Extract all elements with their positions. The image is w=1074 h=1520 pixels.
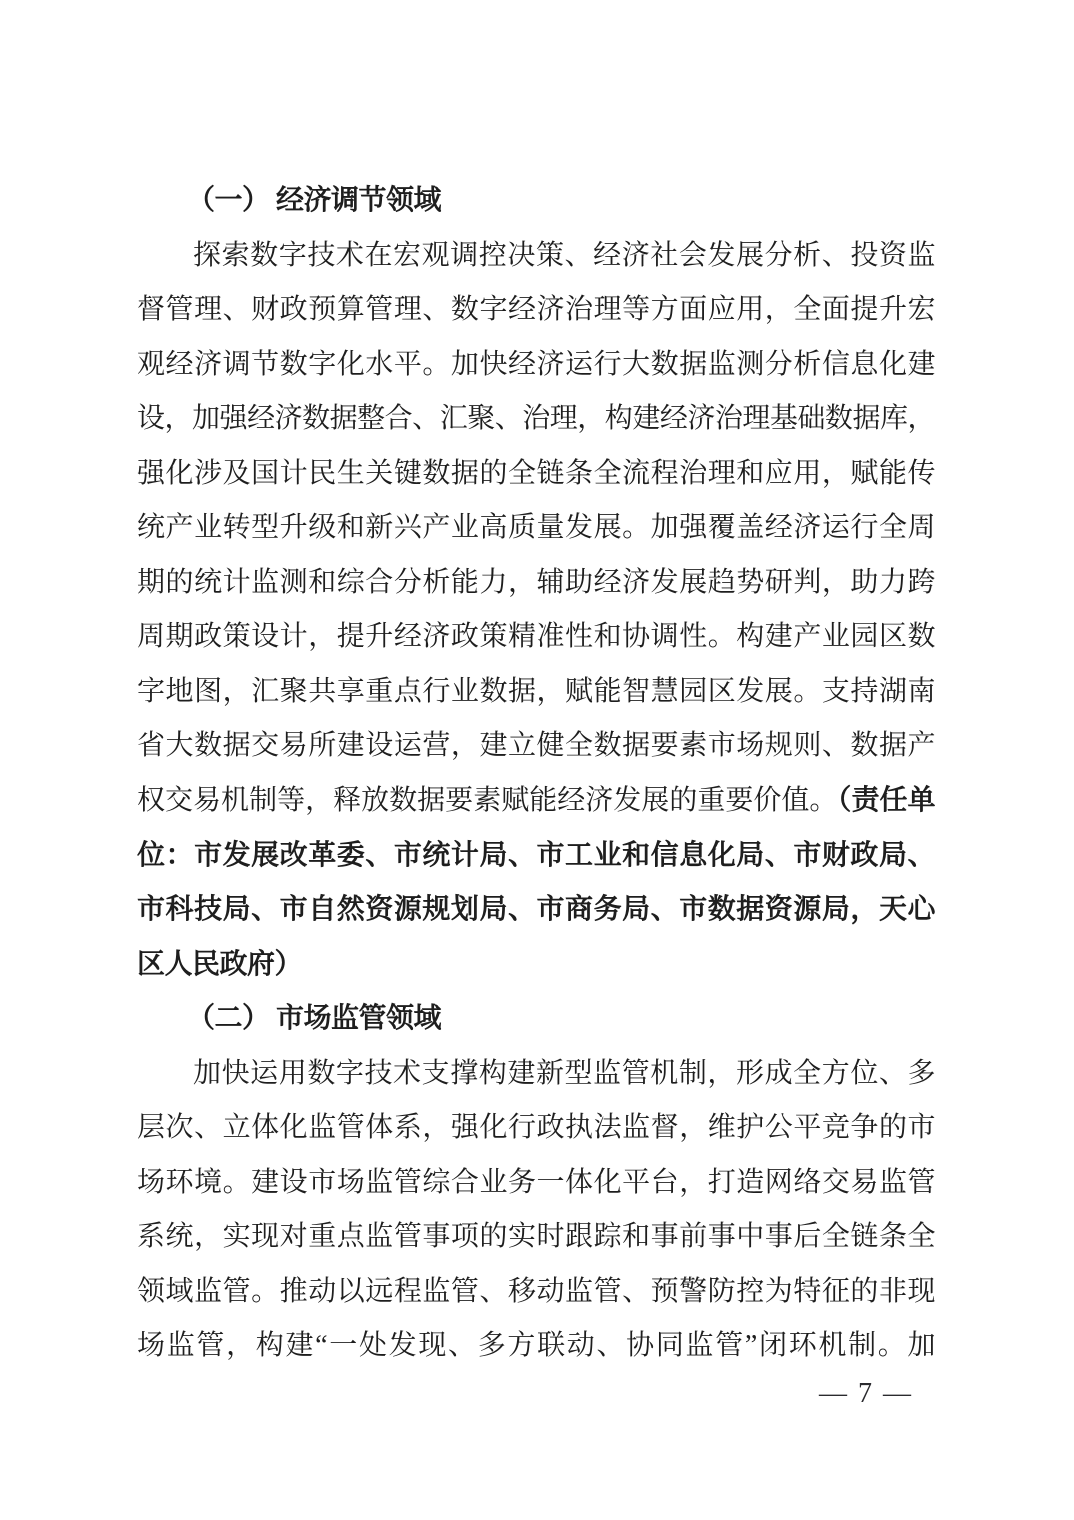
text-line: 系统，实现对重点监管事项的实时跟踪和事前事中事后全链条全: [137, 1210, 935, 1265]
text-line: 督管理、财政预算管理、数字经济治理等方面应用，全面提升宏: [137, 283, 935, 338]
text-line: 设，加强经济数据整合、汇聚、治理，构建经济治理基础数据库，: [137, 392, 935, 447]
text-line: 探索数字技术在宏观调控决策、经济社会发展分析、投资监: [137, 229, 935, 284]
text-line: 领域监管。推动以远程监管、移动监管、预警防控为特征的非现: [137, 1265, 935, 1320]
text-line: 期的统计监测和综合分析能力，辅助经济发展趋势研判，助力跨: [137, 556, 935, 611]
document-lines: （一） 经济调节领域探索数字技术在宏观调控决策、经济社会发展分析、投资监督管理、…: [137, 174, 935, 1374]
body-text: 强化涉及国计民生关键数据的全链条全流程治理和应用，赋能传: [137, 458, 935, 489]
document-page: （一） 经济调节领域探索数字技术在宏观调控决策、经济社会发展分析、投资监督管理、…: [0, 0, 1074, 1520]
body-text: 领域监管。推动以远程监管、移动监管、预警防控为特征的非现: [137, 1276, 935, 1307]
body-text: 场监管，构建“一处发现、多方联动、协同监管”闭环机制。加: [137, 1330, 935, 1361]
text-line: 层次、立体化监管体系，强化行政执法监督，维护公平竞争的市: [137, 1101, 935, 1156]
emphasis-text: （责任单: [837, 785, 935, 816]
body-text: 系统，实现对重点监管事项的实时跟踪和事前事中事后全链条全: [137, 1221, 935, 1252]
text-line: 位：市发展改革委、市统计局、市工业和信息化局、市财政局、: [137, 829, 935, 884]
text-line: 统产业转型升级和新兴产业高质量发展。加强覆盖经济运行全周: [137, 501, 935, 556]
text-line: 权交易机制等，释放数据要素赋能经济发展的重要价值。（责任单: [137, 774, 935, 829]
section-heading: （一） 经济调节领域: [137, 174, 935, 229]
emphasis-text: 市科技局、市自然资源规划局、市商务局、市数据资源局，天心: [137, 894, 935, 925]
text-line: 市科技局、市自然资源规划局、市商务局、市数据资源局，天心: [137, 883, 935, 938]
body-text: 督管理、财政预算管理、数字经济治理等方面应用，全面提升宏: [137, 294, 935, 325]
body-text: 层次、立体化监管体系，强化行政执法监督，维护公平竞争的市: [137, 1112, 935, 1143]
text-line: 场环境。建设市场监管综合业务一体化平台，打造网络交易监管: [137, 1156, 935, 1211]
body-text: 设，加强经济数据整合、汇聚、治理，构建经济治理基础数据库，: [137, 403, 935, 434]
body-text: 权交易机制等，释放数据要素赋能经济发展的重要价值。: [137, 785, 837, 816]
emphasis-text: 位：市发展改革委、市统计局、市工业和信息化局、市财政局、: [137, 840, 935, 871]
body-text: 观经济调节数字化水平。加快经济运行大数据监测分析信息化建: [137, 349, 935, 380]
body-text: 加快运用数字技术支撑构建新型监管机制，形成全方位、多: [193, 1058, 935, 1089]
body-text: 探索数字技术在宏观调控决策、经济社会发展分析、投资监: [193, 240, 935, 271]
section-heading: （二） 市场监管领域: [137, 992, 935, 1047]
emphasis-text: （二） 市场监管领域: [187, 1003, 441, 1034]
text-line: 强化涉及国计民生关键数据的全链条全流程治理和应用，赋能传: [137, 447, 935, 502]
body-text: 省大数据交易所建设运营，建立健全数据要素市场规则、数据产: [137, 730, 935, 761]
body-text: 场环境。建设市场监管综合业务一体化平台，打造网络交易监管: [137, 1167, 935, 1198]
body-text: 字地图，汇聚共享重点行业数据，赋能智慧园区发展。支持湖南: [137, 676, 935, 707]
text-line: 场监管，构建“一处发现、多方联动、协同监管”闭环机制。加: [137, 1319, 935, 1374]
text-line: 区人民政府）: [137, 938, 935, 993]
page-footer: — 7 —: [819, 1374, 913, 1414]
text-line: 加快运用数字技术支撑构建新型监管机制，形成全方位、多: [137, 1047, 935, 1102]
body-text: 周期政策设计，提升经济政策精准性和协调性。构建产业园区数: [137, 621, 935, 652]
text-line: 省大数据交易所建设运营，建立健全数据要素市场规则、数据产: [137, 719, 935, 774]
text-line: 字地图，汇聚共享重点行业数据，赋能智慧园区发展。支持湖南: [137, 665, 935, 720]
body-text: 统产业转型升级和新兴产业高质量发展。加强覆盖经济运行全周: [137, 512, 935, 543]
text-line: 周期政策设计，提升经济政策精准性和协调性。构建产业园区数: [137, 610, 935, 665]
page-number: — 7 —: [819, 1378, 913, 1409]
emphasis-text: （一） 经济调节领域: [187, 185, 441, 216]
body-text: 期的统计监测和综合分析能力，辅助经济发展趋势研判，助力跨: [137, 567, 935, 598]
emphasis-text: 区人民政府）: [137, 949, 302, 980]
text-line: 观经济调节数字化水平。加快经济运行大数据监测分析信息化建: [137, 338, 935, 393]
